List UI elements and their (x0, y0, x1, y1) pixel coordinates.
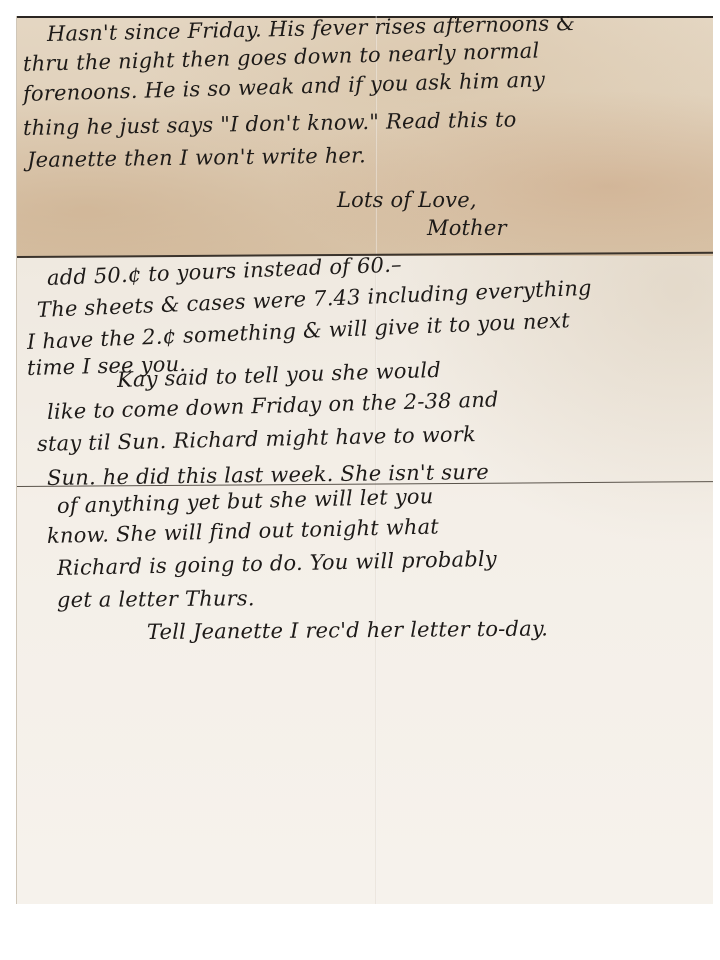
letter-line: Tell Jeanette I rec'd her letter to-day. (147, 617, 548, 644)
letter-line: like to come down Friday on the 2-38 and (47, 387, 499, 424)
letter-paper: Hasn't since Friday. His fever rises aft… (16, 16, 713, 904)
page: Hasn't since Friday. His fever rises aft… (0, 0, 720, 960)
letter-line: stay til Sun. Richard might have to work (37, 422, 476, 456)
handwritten-text: Hasn't since Friday. His fever rises aft… (17, 16, 713, 904)
letter-line: thing he just says "I don't know." Read … (23, 107, 517, 140)
letter-line: Richard is going to do. You will probabl… (57, 547, 497, 580)
letter-line: know. She will find out tonight what (47, 514, 440, 548)
letter-line: Jeanette then I won't write her. (27, 143, 366, 172)
letter-line: of anything yet but she will let you (57, 484, 434, 518)
letter-line: get a letter Thurs. (57, 586, 255, 612)
closing: Lots of Love, (337, 188, 477, 212)
letter-line: add 50.¢ to yours instead of 60.– (47, 252, 403, 290)
signature: Mother (427, 216, 507, 240)
